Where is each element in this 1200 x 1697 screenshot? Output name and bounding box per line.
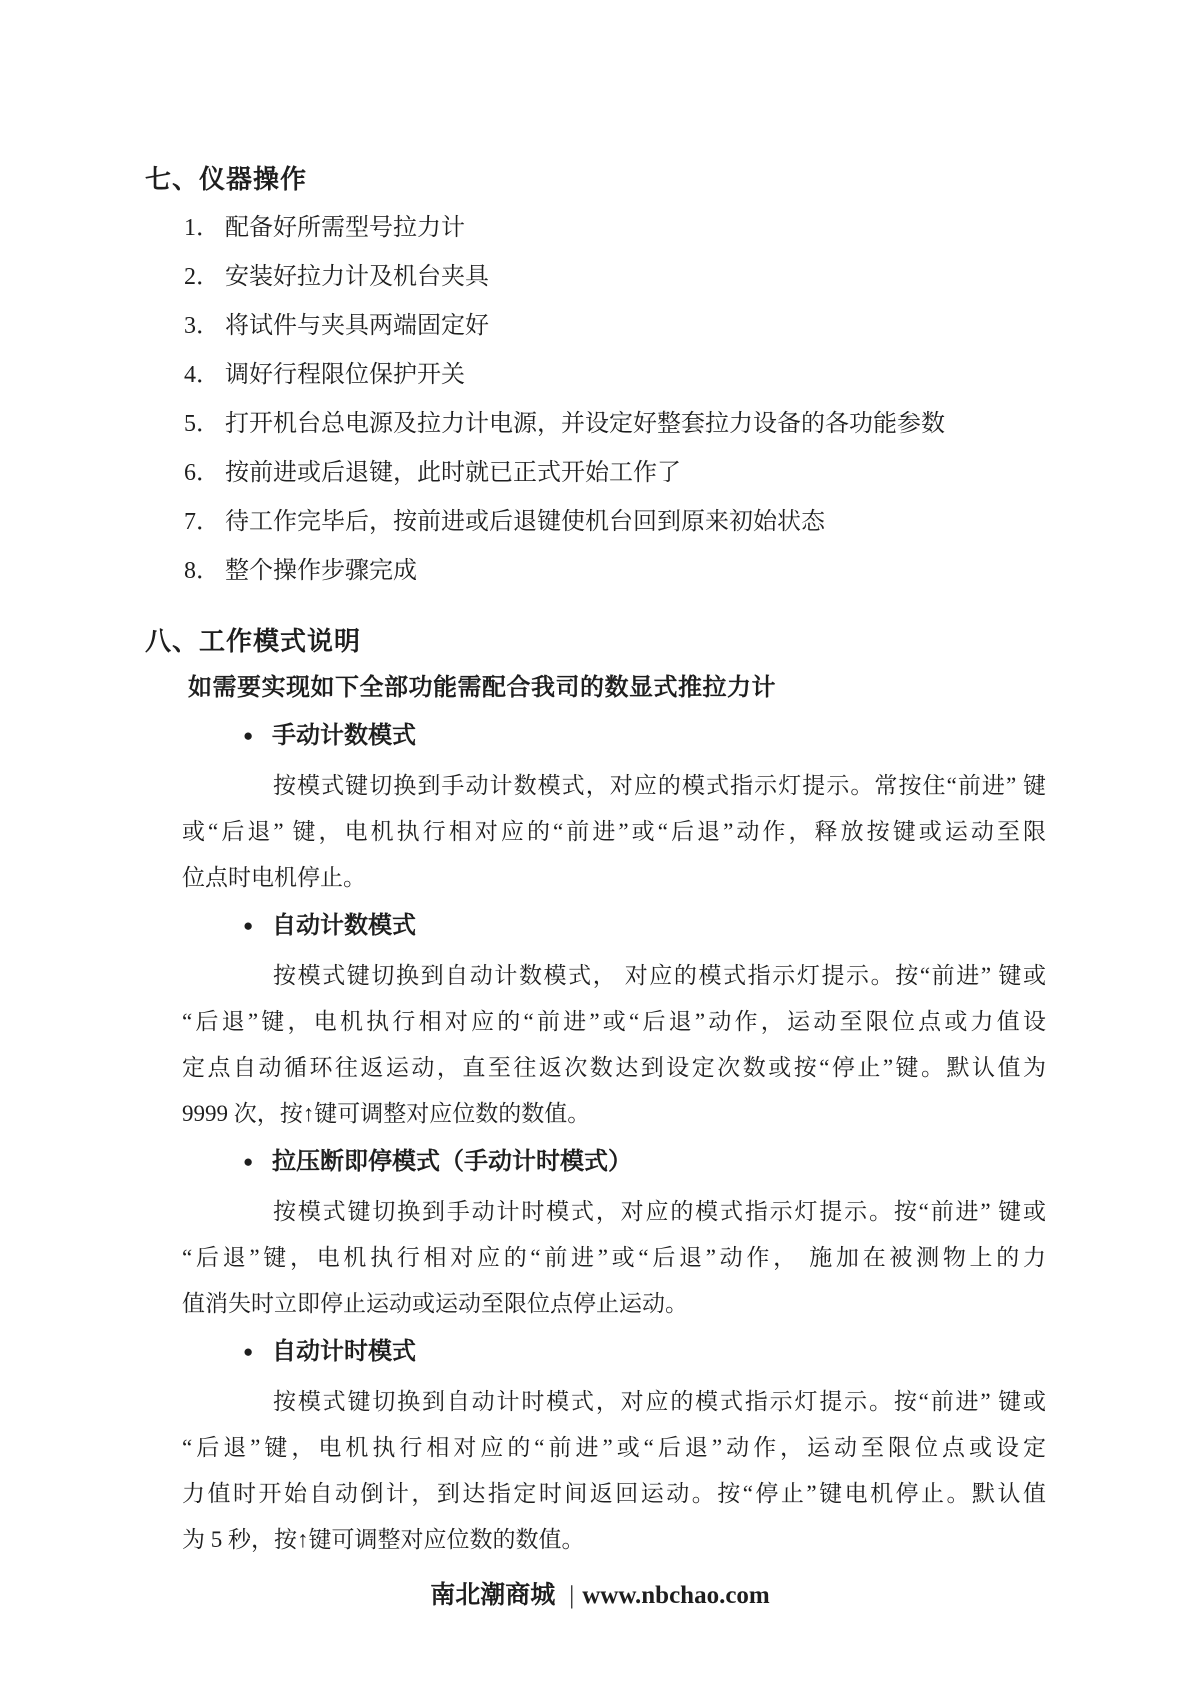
bullet-icon: ● [243,903,272,949]
mode-paragraph: 按模式键切换到自动计数模式， 对应的模式指示灯提示。按“前进” 键或“后退”键，… [182,953,1046,1137]
paragraph-line: 位点时电机停止。 [182,855,1046,901]
paragraph-line: 9999 次，按↑键可调整对应位数的数值。 [182,1091,1046,1137]
modes-intro: 如需要实现如下全部功能需配合我司的数显式推拉力计 [0,665,1200,711]
paragraph-line: 值消失时立即停止运动或运动至限位点停止运动。 [182,1281,1046,1327]
operation-steps-list: 1．配备好所需型号拉力计2．安装好拉力计及机台夹具3．将试件与夹具两端固定好4．… [0,204,1200,596]
mode-paragraph: 按模式键切换到手动计时模式，对应的模式指示灯提示。按“前进” 键或“后退”键，电… [182,1189,1046,1327]
paragraph-line: “后退”键，电机执行相对应的“前进”或“后退”动作，运动至限位点或设定 [182,1425,1046,1471]
bullet-icon: ● [243,1329,272,1375]
paragraph-line: 按模式键切换到自动计数模式， 对应的模式指示灯提示。按“前进” 键或 [182,953,1046,999]
paragraph-line: 力值时开始自动倒计，到达指定时间返回运动。按“停止”键电机停止。默认值 [182,1471,1046,1517]
mode-title: ●自动计数模式 [0,903,1200,949]
paragraph-line: “后退”键，电机执行相对应的“前进”或“后退”动作， 施加在被测物上的力 [182,1235,1046,1281]
footer-site-name: 南北潮商城 [430,1582,555,1609]
step-number: 6． [184,449,225,498]
step-text: 打开机台总电源及拉力计电源，并设定好整套拉力设备的各功能参数 [225,411,945,437]
mode-paragraph: 按模式键切换到自动计时模式，对应的模式指示灯提示。按“前进” 键或“后退”键，电… [182,1379,1046,1563]
paragraph-line: 或“后退” 键，电机执行相对应的“前进”或“后退”动作，释放按键或运动至限 [182,809,1046,855]
mode-title-text: 拉压断即停模式（手动计时模式） [272,1149,632,1175]
operation-step: 7．待工作完毕后，按前进或后退键使机台回到原来初始状态 [184,498,1200,547]
operation-step: 1．配备好所需型号拉力计 [184,204,1200,253]
page-footer: 南北潮商城|www.nbchao.com [0,1579,1200,1613]
section-7-heading: 七、仪器操作 [0,0,1200,197]
operation-step: 2．安装好拉力计及机台夹具 [184,253,1200,302]
operation-step: 3．将试件与夹具两端固定好 [184,302,1200,351]
mode-title: ●自动计时模式 [0,1329,1200,1375]
mode-title: ●手动计数模式 [0,713,1200,759]
mode-title-text: 自动计数模式 [272,913,416,939]
paragraph-line: 为 5 秒，按↑键可调整对应位数的数值。 [182,1517,1046,1563]
step-number: 2． [184,253,225,302]
mode-title-text: 自动计时模式 [272,1339,416,1365]
operation-step: 5．打开机台总电源及拉力计电源，并设定好整套拉力设备的各功能参数 [184,400,1200,449]
step-number: 4． [184,351,225,400]
mode-block: ●拉压断即停模式（手动计时模式）按模式键切换到手动计时模式，对应的模式指示灯提示… [0,1139,1200,1327]
document-page: 七、仪器操作 1．配备好所需型号拉力计2．安装好拉力计及机台夹具3．将试件与夹具… [0,0,1200,1697]
operation-step: 4．调好行程限位保护开关 [184,351,1200,400]
operation-step: 6．按前进或后退键，此时就已正式开始工作了 [184,449,1200,498]
mode-block: ●自动计时模式按模式键切换到自动计时模式，对应的模式指示灯提示。按“前进” 键或… [0,1329,1200,1563]
paragraph-line: 按模式键切换到自动计时模式，对应的模式指示灯提示。按“前进” 键或 [182,1379,1046,1425]
paragraph-line: “后退”键，电机执行相对应的“前进”或“后退”动作，运动至限位点或力值设 [182,999,1046,1045]
step-number: 3． [184,302,225,351]
paragraph-line: 按模式键切换到手动计数模式，对应的模式指示灯提示。常按住“前进” 键 [182,763,1046,809]
paragraph-line: 定点自动循环往返运动，直至往返次数达到设定次数或按“停止”键。默认值为 [182,1045,1046,1091]
paragraph-line: 按模式键切换到手动计时模式，对应的模式指示灯提示。按“前进” 键或 [182,1189,1046,1235]
footer-url: www.nbchao.com [582,1582,770,1609]
operation-step: 8．整个操作步骤完成 [184,547,1200,596]
bullet-icon: ● [243,1139,272,1185]
mode-block: ●自动计数模式按模式键切换到自动计数模式， 对应的模式指示灯提示。按“前进” 键… [0,903,1200,1137]
step-text: 待工作完毕后，按前进或后退键使机台回到原来初始状态 [225,509,825,535]
modes-container: ●手动计数模式按模式键切换到手动计数模式，对应的模式指示灯提示。常按住“前进” … [0,713,1200,1563]
step-text: 安装好拉力计及机台夹具 [225,264,489,290]
step-number: 8． [184,547,225,596]
mode-paragraph: 按模式键切换到手动计数模式，对应的模式指示灯提示。常按住“前进” 键或“后退” … [182,763,1046,901]
section-8-heading: 八、工作模式说明 [0,625,1200,659]
step-text: 配备好所需型号拉力计 [225,215,465,241]
mode-block: ●手动计数模式按模式键切换到手动计数模式，对应的模式指示灯提示。常按住“前进” … [0,713,1200,901]
step-number: 5． [184,400,225,449]
step-number: 1． [184,204,225,253]
step-text: 按前进或后退键，此时就已正式开始工作了 [225,460,681,486]
footer-divider: | [555,1582,582,1609]
bullet-icon: ● [243,713,272,759]
step-text: 整个操作步骤完成 [225,558,417,584]
step-text: 将试件与夹具两端固定好 [225,313,489,339]
step-text: 调好行程限位保护开关 [225,362,465,388]
mode-title-text: 手动计数模式 [272,723,416,749]
step-number: 7． [184,498,225,547]
mode-title: ●拉压断即停模式（手动计时模式） [0,1139,1200,1185]
